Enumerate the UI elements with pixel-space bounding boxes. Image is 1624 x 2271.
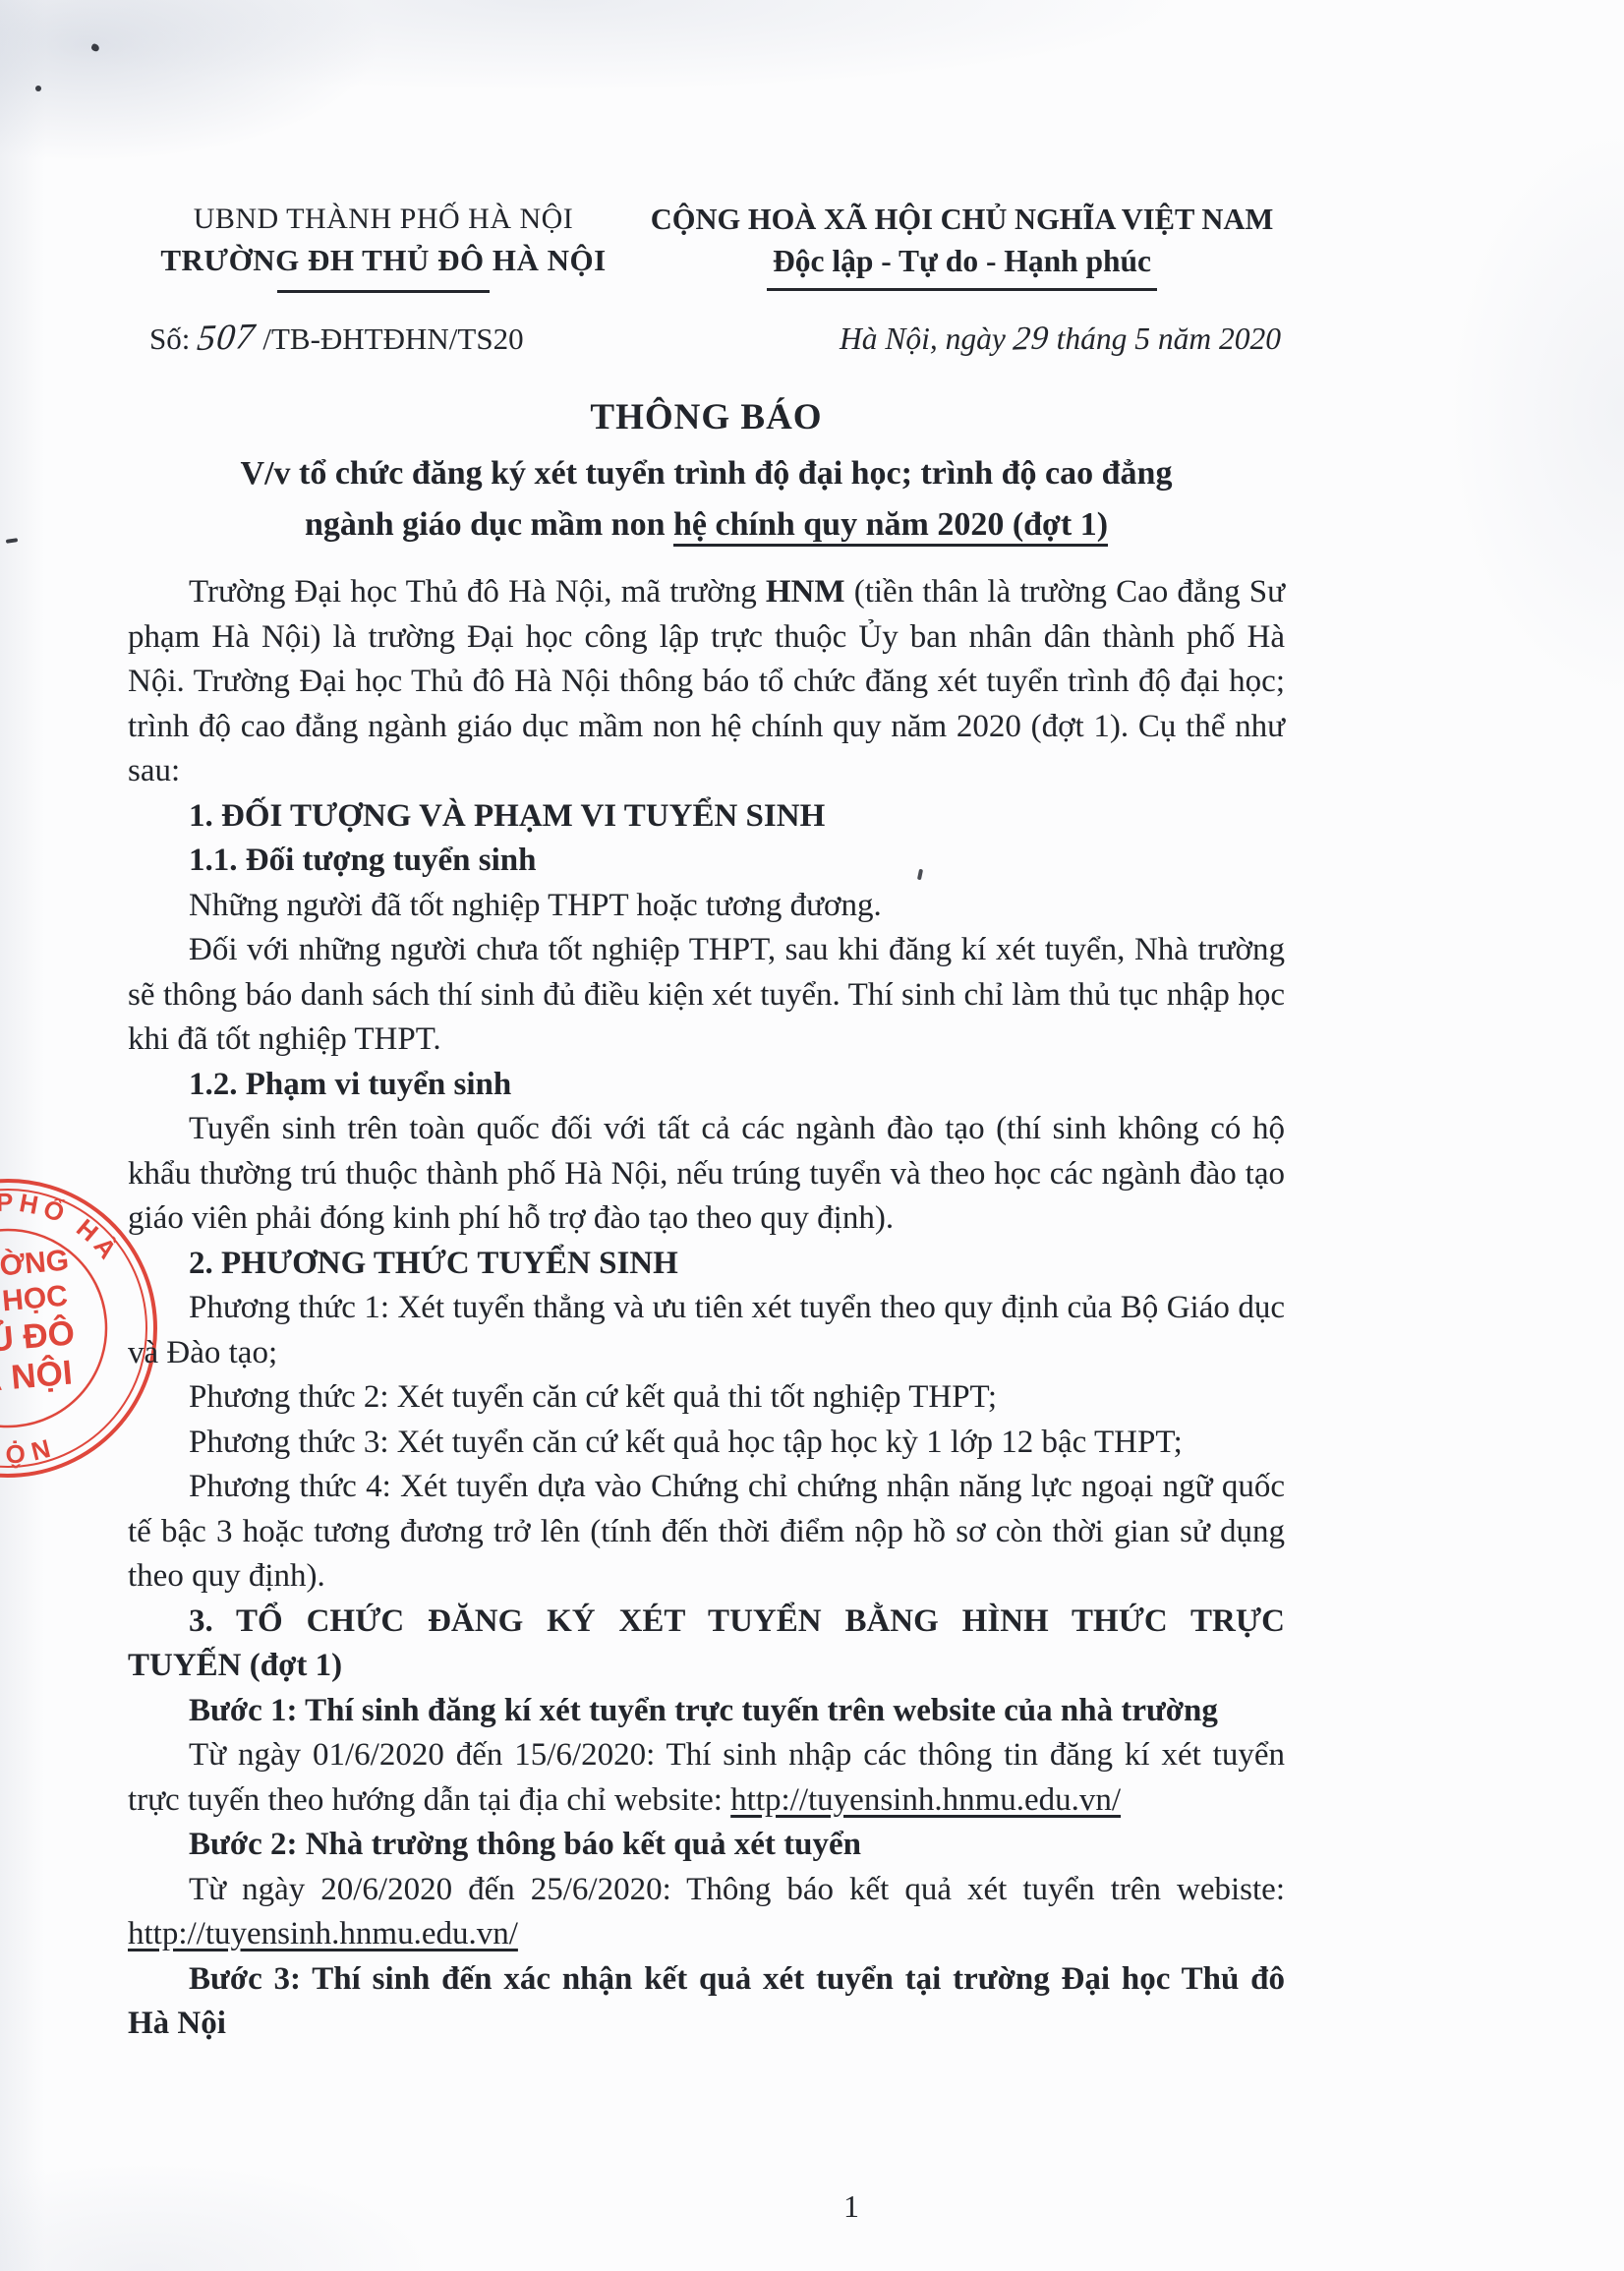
step2-heading: Bước 2: Nhà trường thông báo kết quả xét… xyxy=(128,1823,1285,1868)
subject-line2-plain: ngành giáo dục mầm non xyxy=(305,506,673,543)
doc-number-handwritten: 507 xyxy=(196,316,258,360)
admission-method-3: Phương thức 3: Xét tuyển căn cứ kết quả … xyxy=(128,1421,1285,1466)
intro-paragraph: Trường Đại học Thủ đô Hà Nội, mã trường … xyxy=(128,570,1285,794)
section1-sub1-paragraph1: Những người đã tốt nghiệp THPT hoặc tươn… xyxy=(128,884,1285,929)
section1-sub2-paragraph1: Tuyển sinh trên toàn quốc đối với tất cả… xyxy=(128,1107,1285,1242)
page-number: 1 xyxy=(843,2188,859,2225)
section1-heading: 1. ĐỐI TƯỢNG VÀ PHẠM VI TUYỂN SINH xyxy=(128,794,1285,840)
stamp-center-line4: HÀ NỘI xyxy=(0,1353,74,1403)
doc-number-label: Số: xyxy=(149,321,190,356)
scanned-document-page: THÀNH PHỐ HÀ NỘI TRƯỜNG ĐẠI HỌC THỦ ĐÔ H… xyxy=(0,0,1624,2271)
scan-speck xyxy=(35,86,41,91)
subject-line2-underlined: hệ chính quy năm 2020 (đợt 1) xyxy=(673,506,1108,547)
national-title: CỘNG HOÀ XÃ HỘI CHỦ NGHĨA VIỆT NAM xyxy=(639,203,1285,237)
admission-method-2: Phương thức 2: Xét tuyển căn cứ kết quả … xyxy=(128,1375,1285,1421)
issuing-org-parent: UBND THÀNH PHỐ HÀ NỘI xyxy=(128,203,639,236)
document-body: Trường Đại học Thủ đô Hà Nội, mã trường … xyxy=(128,570,1285,2047)
admission-method-4: Phương thức 4: Xét tuyển dựa vào Chứng c… xyxy=(128,1465,1285,1600)
step2-text: Từ ngày 20/6/2020 đến 25/6/2020: Thông b… xyxy=(189,1872,1285,1907)
place-date-suffix: tháng 5 năm 2020 xyxy=(1057,321,1281,356)
admission-website-url: http://tuyensinh.hnmu.edu.vn/ xyxy=(730,1782,1121,1818)
section1-sub1-heading: 1.1. Đối tượng tuyển sinh xyxy=(128,839,1285,884)
step1-heading: Bước 1: Thí sinh đăng kí xét tuyển trực … xyxy=(128,1689,1285,1734)
document-type-title: THÔNG BÁO xyxy=(128,396,1285,438)
subject-line1: V/v tổ chức đăng ký xét tuyển trình độ đ… xyxy=(241,455,1173,492)
school-code: HNM xyxy=(766,574,845,610)
step2-paragraph: Từ ngày 20/6/2020 đến 25/6/2020: Thông b… xyxy=(128,1868,1285,1957)
document-number: Số: 507 /TB-ĐHTĐHN/TS20 xyxy=(128,317,524,359)
date-day-handwritten: 29 xyxy=(1012,320,1051,358)
admission-method-1: Phương thức 1: Xét tuyển thẳng và ưu tiê… xyxy=(128,1286,1285,1375)
national-motto: Độc lập - Tự do - Hạnh phúc xyxy=(767,244,1157,291)
intro-pre: Trường Đại học Thủ đô Hà Nội, mã trường xyxy=(189,574,766,610)
place-and-date: Hà Nội, ngày 29 tháng 5 năm 2020 xyxy=(840,320,1285,358)
doc-number-suffix: /TB-ĐHTĐHN/TS20 xyxy=(262,321,523,356)
document-meta-row: Số: 507 /TB-ĐHTĐHN/TS20 Hà Nội, ngày 29 … xyxy=(128,317,1285,359)
section3-heading-line1: 3. TỔ CHỨC ĐĂNG KÝ XÉT TUYỂN BẰNG HÌNH T… xyxy=(128,1600,1285,1645)
title-block: THÔNG BÁO V/v tổ chức đăng ký xét tuyển … xyxy=(128,396,1285,551)
document-subject: V/v tổ chức đăng ký xét tuyển trình độ đ… xyxy=(128,448,1285,551)
section1-sub2-heading: 1.2. Phạm vi tuyển sinh xyxy=(128,1063,1285,1108)
place-date-prefix: Hà Nội, ngày xyxy=(840,321,1006,356)
section1-sub1-paragraph2: Đối với những người chưa tốt nghiệp THPT… xyxy=(128,928,1285,1063)
scan-speck xyxy=(6,538,18,544)
letterhead: UBND THÀNH PHỐ HÀ NỘI TRƯỜNG ĐH THỦ ĐÔ H… xyxy=(128,203,1285,293)
issuing-org-name: TRƯỜNG ĐH THỦ ĐÔ HÀ NỘI xyxy=(128,243,639,278)
section2-heading: 2. PHƯƠNG THỨC TUYỂN SINH xyxy=(128,1242,1285,1287)
document-content: UBND THÀNH PHỐ HÀ NỘI TRƯỜNG ĐH THỦ ĐÔ H… xyxy=(128,203,1285,2047)
scan-speck xyxy=(90,43,100,53)
result-website-url: http://tuyensinh.hnmu.edu.vn/ xyxy=(128,1916,518,1951)
step3-heading-line1: Bước 3: Thí sinh đến xác nhận kết quả xé… xyxy=(128,1957,1285,2003)
section3-heading-line2: TUYẾN (đợt 1) xyxy=(128,1644,1285,1689)
org-divider-rule xyxy=(277,290,490,293)
step3-heading-line2: Hà Nội xyxy=(128,2002,1285,2047)
national-header-block: CỘNG HOÀ XÃ HỘI CHỦ NGHĨA VIỆT NAM Độc l… xyxy=(639,203,1285,291)
step1-paragraph: Từ ngày 01/6/2020 đến 15/6/2020: Thí sin… xyxy=(128,1733,1285,1823)
issuing-org-block: UBND THÀNH PHỐ HÀ NỘI TRƯỜNG ĐH THỦ ĐÔ H… xyxy=(128,203,639,293)
